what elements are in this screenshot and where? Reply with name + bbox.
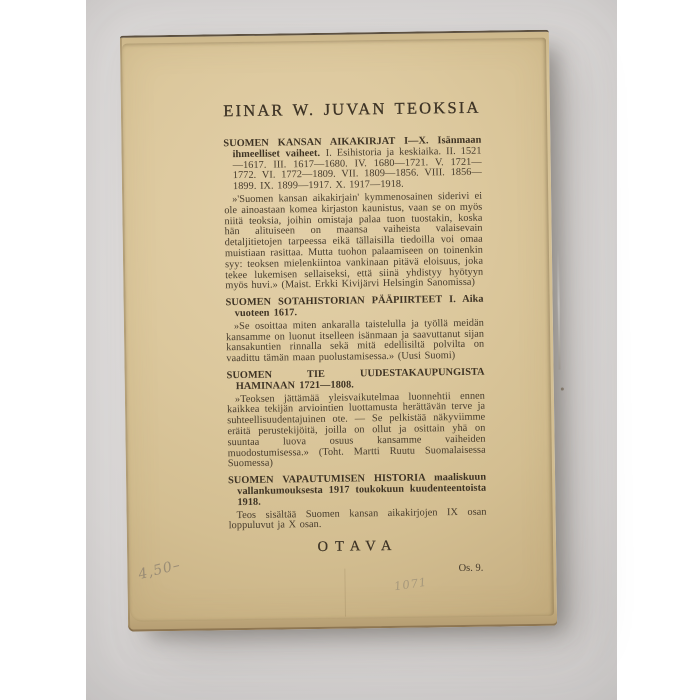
entry-text: Teos sisältää Suomen kansan aikakirjojen… [229, 506, 487, 531]
entry-text: »'Suomen kansan aikakirjain' kymmenosain… [224, 191, 483, 292]
entry-text: »Teoksen jättämää yleisvaikutelmaa luonn… [227, 390, 486, 469]
text-flow: EINAR W. JUVAN TEOKSIA SUOMEN KANSAN AIK… [223, 99, 488, 578]
entry-title: SUOMEN SOTAHISTORIAN PÄÄPIIRTEET I. Aika… [226, 294, 484, 319]
order-code: Os. 9. [229, 563, 487, 578]
paragraph-list: SUOMEN KANSAN AIKAKIRJAT I—X. Isänmaan i… [223, 136, 486, 533]
review-quote: »Teoksen jättämää yleisvaikutelmaa luonn… [227, 391, 486, 470]
book: EINAR W. JUVAN TEOKSIA SUOMEN KANSAN AIK… [120, 30, 557, 632]
cover-crease [344, 569, 346, 617]
back-cover: EINAR W. JUVAN TEOKSIA SUOMEN KANSAN AIK… [122, 38, 554, 622]
catalog-entry: SUOMEN KANSAN AIKAKIRJAT I—X. Isänmaan i… [223, 136, 482, 194]
catalog-entry: SUOMEN SOTAHISTORIAN PÄÄPIIRTEET I. Aika… [226, 295, 484, 320]
cover-speck [561, 388, 564, 391]
cover-crease [557, 250, 561, 370]
catalog-entry: SUOMEN VAPAUTUMISEN HISTORIA maaliskuun … [228, 473, 486, 509]
review-quote: »'Suomen kansan aikakirjain' kymmenosain… [224, 192, 483, 293]
publisher-name: OTAVA [229, 537, 487, 558]
photo-backdrop: EINAR W. JUVAN TEOKSIA SUOMEN KANSAN AIK… [86, 0, 617, 700]
entry-title: SUOMEN TIE UUDESTAKAUPUNGISTA HAMINAAN 1… [227, 367, 485, 392]
catalog-entry: SUOMEN TIE UUDESTAKAUPUNGISTA HAMINAAN 1… [227, 368, 485, 393]
contents-note: Teos sisältää Suomen kansan aikakirjojen… [229, 507, 487, 532]
entry-text: »Se osoittaa miten ankaralla taistelulla… [226, 317, 484, 364]
entry-title: SUOMEN VAPAUTUMISEN HISTORIA maaliskuun … [228, 472, 486, 508]
review-quote: »Se osoittaa miten ankaralla taistelulla… [226, 318, 485, 365]
book-title: EINAR W. JUVAN TEOKSIA [223, 99, 481, 121]
